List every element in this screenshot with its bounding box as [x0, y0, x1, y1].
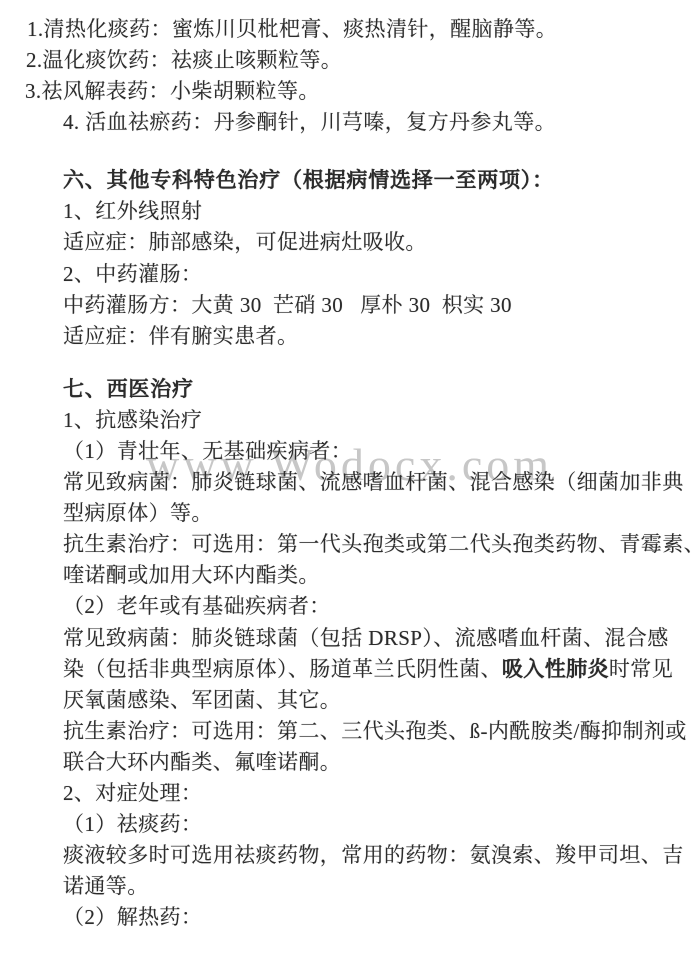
text-line: 中药灌肠方：大黄 30 芒硝 30 厚朴 30 枳实 30 [63, 293, 512, 317]
text-line: 联合大环内酯类、氟喹诺酮。 [63, 750, 341, 774]
text-segment: 常见致病菌：肺炎链球菌、流感嗜血杆菌、混合感染（细菌加非典 [63, 470, 684, 494]
text-line: 常见致病菌：肺炎链球菌（包括 DRSP）、流感嗜血杆菌、混合感 [63, 626, 669, 650]
text-segment: 1.清热化痰药：蜜炼川贝枇杷膏、痰热清针，醒脑静等。 [27, 17, 557, 41]
text-segment: 2、中药灌肠： [63, 262, 202, 286]
text-line: 厌氧菌感染、军团菌、其它。 [63, 688, 341, 712]
text-line: 2、对症处理： [63, 781, 202, 805]
text-line: 喹诺酮或加用大环内酯类。 [63, 563, 320, 587]
text-segment: 2.温化痰饮药：祛痰止咳颗粒等。 [26, 48, 342, 72]
text-body: 1.清热化痰药：蜜炼川贝枇杷膏、痰热清针，醒脑静等。2.温化痰饮药：祛痰止咳颗粒… [0, 0, 693, 959]
section-six-heading: 六、其他专科特色治疗（根据病情选择一至两项）： [63, 168, 554, 192]
text-line: 适应症：伴有腑实患者。 [63, 324, 298, 348]
text-segment: （1）青壮年、无基础疾病者： [63, 439, 352, 463]
text-line: 1、红外线照射 [63, 199, 202, 223]
text-segment: 4. 活血祛瘀药：丹参酮针，川芎嗪，复方丹参丸等。 [63, 110, 556, 134]
text-segment: 痰液较多时可选用祛痰药物，常用的药物：氨溴索、羧甲司坦、吉 [63, 843, 684, 867]
text-segment: 七、西医治疗 [63, 377, 194, 401]
text-segment: 适应症：伴有腑实患者。 [63, 324, 298, 348]
text-segment: 染（包括非典型病原体）、肠道革兰氏阴性菌、 [63, 657, 502, 681]
text-segment: 2、对症处理： [63, 781, 202, 805]
text-segment: 适应症：肺部感染，可促进病灶吸收。 [63, 230, 427, 254]
text-segment: 时常见 [609, 657, 673, 681]
text-segment: （1）祛痰药： [63, 812, 202, 836]
text-segment: 1、抗感染治疗 [63, 408, 202, 432]
text-line: 抗生素治疗：可选用：第一代头孢类或第二代头孢类药物、青霉素、 [63, 532, 693, 556]
numbered-item-3: 3.祛风解表药：小柴胡颗粒等。 [25, 79, 320, 103]
text-segment: 型病原体）等。 [63, 501, 213, 525]
numbered-item-2: 2.温化痰饮药：祛痰止咳颗粒等。 [26, 48, 342, 72]
text-line: （1）祛痰药： [63, 812, 202, 836]
text-line: （1）青壮年、无基础疾病者： [63, 439, 352, 463]
text-line: 痰液较多时可选用祛痰药物，常用的药物：氨溴索、羧甲司坦、吉 [63, 843, 684, 867]
text-segment: 喹诺酮或加用大环内酯类。 [63, 563, 320, 587]
text-segment: 联合大环内酯类、氟喹诺酮。 [63, 750, 341, 774]
text-segment: （2）解热药： [63, 905, 202, 929]
text-line: （2）老年或有基础疾病者： [63, 594, 331, 618]
text-line: 染（包括非典型病原体）、肠道革兰氏阴性菌、吸入性肺炎时常见 [63, 657, 673, 681]
document-page: www.Wodocx.com 1.清热化痰药：蜜炼川贝枇杷膏、痰热清针，醒脑静等… [0, 0, 693, 959]
text-line: 抗生素治疗：可选用：第二、三代头孢类、ß-内酰胺类/酶抑制剂或 [63, 719, 687, 743]
bold-text-segment: 吸入性肺炎 [502, 657, 609, 681]
text-line: 型病原体）等。 [63, 501, 213, 525]
text-segment: 厌氧菌感染、军团菌、其它。 [63, 688, 341, 712]
text-line: 常见致病菌：肺炎链球菌、流感嗜血杆菌、混合感染（细菌加非典 [63, 470, 684, 494]
text-line: 2、中药灌肠： [63, 262, 202, 286]
text-segment: 抗生素治疗：可选用：第二、三代头孢类、ß-内酰胺类/酶抑制剂或 [63, 719, 687, 743]
numbered-item-1: 1.清热化痰药：蜜炼川贝枇杷膏、痰热清针，醒脑静等。 [27, 17, 557, 41]
text-segment: （2）老年或有基础疾病者： [63, 594, 331, 618]
text-line: 诺通等。 [63, 874, 149, 898]
text-segment: 3.祛风解表药：小柴胡颗粒等。 [25, 79, 320, 103]
section-seven-heading: 七、西医治疗 [63, 377, 194, 401]
numbered-item-4: 4. 活血祛瘀药：丹参酮针，川芎嗪，复方丹参丸等。 [63, 110, 556, 134]
text-segment: 常见致病菌：肺炎链球菌（包括 DRSP）、流感嗜血杆菌、混合感 [63, 626, 669, 650]
text-segment: 六、其他专科特色治疗（根据病情选择一至两项）： [63, 168, 554, 192]
text-line: 适应症：肺部感染，可促进病灶吸收。 [63, 230, 427, 254]
text-segment: 诺通等。 [63, 874, 149, 898]
text-segment: 1、红外线照射 [63, 199, 202, 223]
text-segment: 中药灌肠方：大黄 30 芒硝 30 厚朴 30 枳实 30 [63, 293, 512, 317]
text-line: （2）解热药： [63, 905, 202, 929]
text-segment: 抗生素治疗：可选用：第一代头孢类或第二代头孢类药物、青霉素、 [63, 532, 693, 556]
text-line: 1、抗感染治疗 [63, 408, 202, 432]
